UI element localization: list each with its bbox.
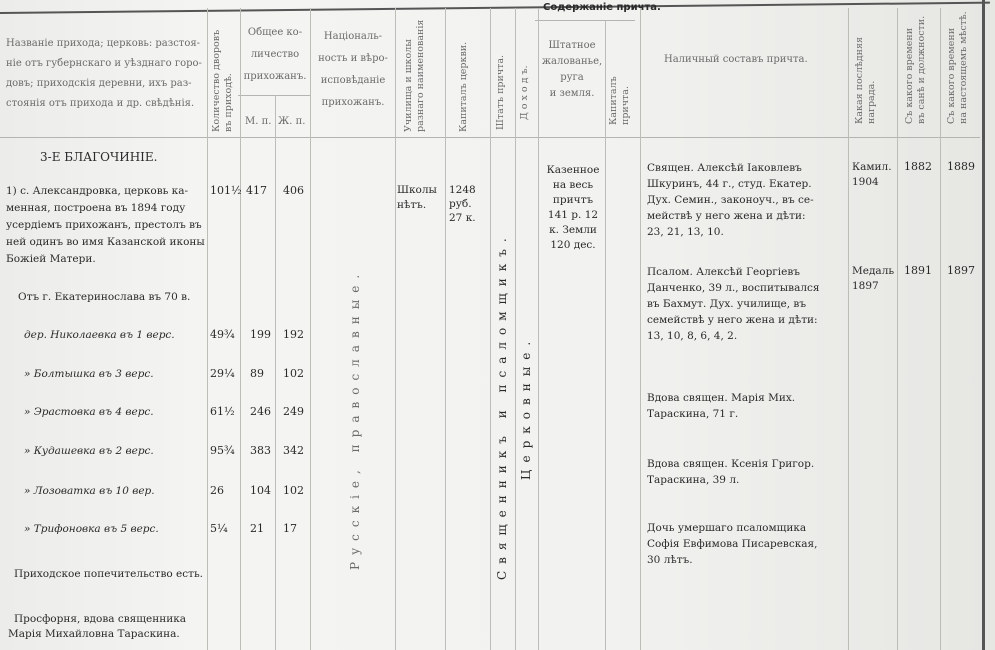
clergy-line: Тараскина, 71 г. [647, 406, 795, 422]
village-name: дер. Николаевка въ 1 верс. [24, 328, 175, 343]
header-parish: Названіе прихода; церковь: разстоя- ніе … [6, 34, 202, 114]
parish-female: 406 [283, 184, 304, 197]
parish-male: 417 [246, 184, 267, 197]
village-male: 199 [250, 328, 271, 341]
document-page: Названіе прихода; церковь: разстоя- ніе … [0, 0, 995, 650]
col-line [207, 8, 208, 650]
header-salary: Штатноежалованье,ругаи земля. [540, 38, 604, 102]
header-male: М. п. [245, 114, 271, 129]
parish-line: Божіей Матери. [6, 251, 205, 268]
deanery-title: 3-Е БЛАГОЧИНІЕ. [40, 150, 158, 165]
col-line [538, 8, 539, 650]
col-line [640, 8, 641, 650]
parish-line: менная, построена въ 1894 году [6, 200, 205, 217]
clergy-line: 23, 21, 13, 10. [647, 224, 814, 240]
parish-line: 1) с. Александровка, церковь ка- [6, 183, 205, 200]
village-male: 89 [250, 367, 264, 380]
top-border [0, 2, 990, 14]
header-since-rank: Съ какого временивъ санѣ и должности. [904, 4, 928, 124]
header-current-staff: Наличный составъ причта. [664, 52, 808, 67]
clergy-line: Софія Евфимова Писаревская, [647, 536, 818, 552]
header-capital: Капиталъ церкви. [458, 22, 470, 132]
clergy-line: въ Бахмут. Дух. училище, въ [647, 296, 820, 312]
parish-description: 1) с. Александровка, церковь ка- менная,… [6, 183, 205, 268]
village-households: 5¼ [210, 522, 228, 535]
subheader-divider [238, 95, 310, 96]
parish-capital: 1248руб.27 к. [449, 183, 476, 225]
header-line: Названіе прихода; церковь: разстоя- [6, 34, 202, 54]
header-households: Количество дворовъвъ приходѣ. [211, 14, 235, 132]
col-line [897, 8, 898, 650]
col-line [275, 95, 276, 650]
since-rank: 1882 [904, 160, 932, 173]
header-female: Ж. п. [278, 114, 305, 129]
village-households: 95¾ [210, 444, 235, 457]
clergy-line: Священ. Алексѣй Іаковлевъ [647, 160, 814, 176]
village-male: 21 [250, 522, 264, 535]
clergy-entry: Дочь умершаго псаломщикаСофія Евфимова П… [647, 520, 818, 568]
clergy-entry: Священ. Алексѣй ІаковлевъШкуринъ, 44 г.,… [647, 160, 814, 240]
header-line: довъ; приходскія деревни, ихъ раз- [6, 74, 202, 94]
clergy-line: Данченко, 39 л., воспитывался [647, 280, 820, 296]
village-name: » Кудашевка въ 2 верс. [24, 444, 154, 459]
parish-line: ней одинъ во имя Казанской иконы [6, 234, 205, 251]
prosphora-note: Просфорня, вдова священникаМарія Михайло… [8, 612, 186, 642]
village-male: 104 [250, 484, 271, 497]
col-line [445, 8, 446, 650]
clergy-award: Медаль1897 [852, 264, 894, 294]
village-households: 49¾ [210, 328, 235, 341]
clergy-line: семействѣ у него жена и дѣти: [647, 312, 820, 328]
col-line [515, 8, 516, 650]
village-female: 249 [283, 405, 304, 418]
col-line [310, 8, 311, 650]
village-name: » Эрастовка въ 4 верс. [24, 405, 154, 420]
col-line [395, 8, 396, 650]
header-income: Д о х о д ъ. [519, 60, 531, 120]
header-parishioners: Общее ко-личествоприхожанъ. [242, 22, 308, 88]
since-place: 1889 [947, 160, 975, 173]
clergy-line: 30 лѣтъ. [647, 552, 818, 568]
col-line [490, 8, 491, 650]
maintenance-divider [535, 20, 635, 21]
village-female: 102 [283, 484, 304, 497]
since-place: 1897 [947, 264, 975, 277]
col-line [240, 8, 241, 650]
village-households: 61½ [210, 405, 235, 418]
header-schools: Училища и школыразнаго наименованія [403, 10, 427, 132]
clergy-line: Вдова священ. Марія Мих. [647, 390, 795, 406]
clergy-line: Тараскина, 39 л. [647, 472, 814, 488]
col-line [848, 8, 849, 650]
clergy-line: 13, 10, 8, 6, 4, 2. [647, 328, 820, 344]
right-border [982, 0, 985, 650]
village-female: 192 [283, 328, 304, 341]
village-name: » Трифоновка въ 5 верс. [24, 522, 159, 537]
parish-line: усердіемъ прихожанъ, престолъ въ [6, 217, 205, 234]
header-maintenance: Содержаніе причта. [543, 0, 661, 15]
parish-salary: Казенноена весьпричтъ141 р. 12к. Земли12… [540, 163, 606, 253]
income-vertical: Церковные. [520, 300, 532, 480]
trusteeship-note: Приходское попечительство есть. [14, 567, 203, 582]
clergy-line: мействѣ у него жена и дѣти: [647, 208, 814, 224]
header-awards: Какая послѣдняянаграда. [854, 14, 878, 124]
clergy-entry: Вдова священ. Марія Мих.Тараскина, 71 г. [647, 390, 795, 422]
clergy-award: Камил.1904 [852, 160, 892, 190]
village-households: 26 [210, 484, 224, 497]
header-since-place: Съ какого временина настоящемъ мѣстѣ. [946, 4, 970, 124]
staff-vertical: Священникъ и псаломщикъ. [496, 200, 508, 580]
village-households: 29¼ [210, 367, 235, 380]
village-female: 17 [283, 522, 297, 535]
clergy-line: Дочь умершаго псаломщика [647, 520, 818, 536]
since-rank: 1891 [904, 264, 932, 277]
clergy-entry: Вдова священ. Ксенія Григор.Тараскина, 3… [647, 456, 814, 488]
village-name: » Болтышка въ 3 верс. [24, 367, 154, 382]
parish-households: 101½ [210, 184, 242, 197]
header-staff: Штатъ причта. [495, 30, 507, 130]
village-female: 342 [283, 444, 304, 457]
clergy-line: Псалом. Алексѣй Георгіевъ [647, 264, 820, 280]
village-male: 246 [250, 405, 271, 418]
header-clergy-capital: Капиталъпричта. [608, 55, 632, 125]
village-name: » Лозоватка въ 10 вер. [24, 484, 155, 499]
village-male: 383 [250, 444, 271, 457]
parish-distance: Отъ г. Екатеринослава въ 70 в. [18, 290, 190, 305]
clergy-entry: Псалом. Алексѣй ГеоргіевъДанченко, 39 л.… [647, 264, 820, 344]
col-line [940, 8, 941, 650]
col-line [605, 20, 606, 650]
village-female: 102 [283, 367, 304, 380]
header-nationality: Національ-ность и вѣро-исповѣданіеприхож… [312, 26, 394, 114]
header-line: ніе отъ губернскаго и уѣзднаго горо- [6, 54, 202, 74]
nationality-vertical: Русскіе, православные. [349, 240, 361, 570]
clergy-line: Вдова священ. Ксенія Григор. [647, 456, 814, 472]
clergy-line: Дух. Семин., законоуч., въ се- [647, 192, 814, 208]
clergy-line: Шкуринъ, 44 г., студ. Екатер. [647, 176, 814, 192]
header-line: стоянія отъ прихода и др. свѣдѣнія. [6, 94, 202, 114]
parish-schools: Школынѣтъ. [397, 183, 437, 213]
